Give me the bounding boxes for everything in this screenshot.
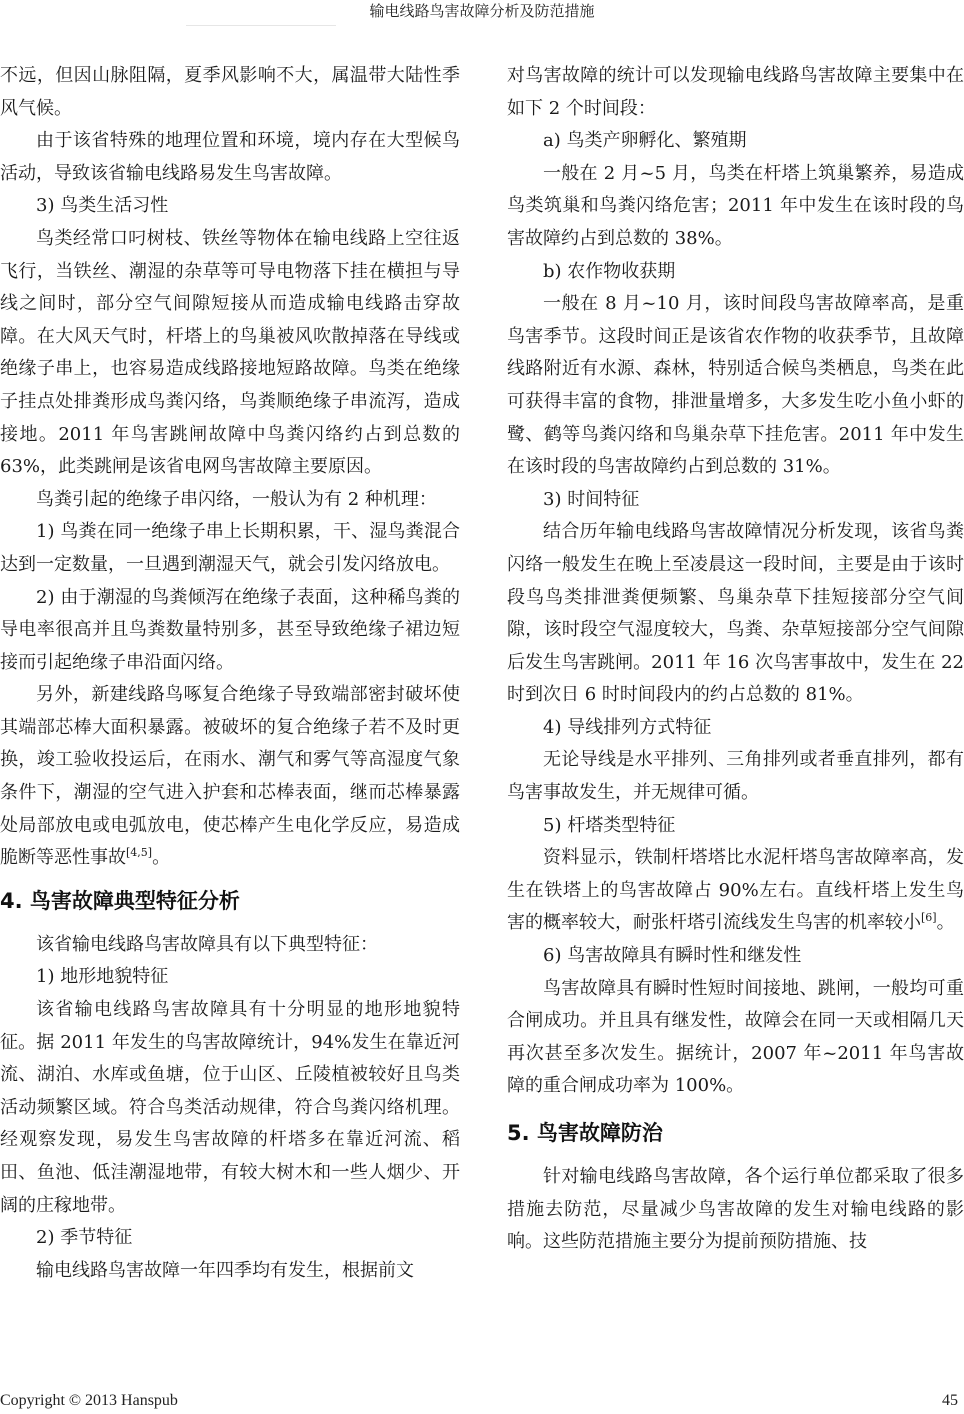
subsection-heading: 2) 季节特征 <box>0 1222 460 1255</box>
section-heading-4: 4. 鸟害故障典型特征分析 <box>0 887 460 915</box>
header-divider <box>186 25 336 26</box>
paragraph: 一般在 2 月~5 月，鸟类在杆塔上筑巢繁养，易造成鸟类筑巢和鸟粪闪络危害；20… <box>507 158 964 256</box>
running-title: 输电线路鸟害故障分析及防范措施 <box>369 2 594 20</box>
list-item: 1) 鸟粪在同一绝缘子串上长期积累，干、湿鸟粪混合达到一定数量，一旦遇到潮湿天气… <box>0 516 460 581</box>
paragraph-with-citation: 资料显示，铁制杆塔塔比水泥杆塔鸟害故障率高，发生在铁塔上的鸟害故障占 90%左右… <box>507 842 964 940</box>
subsection-heading: 6) 鸟害故障具有瞬时性和继发性 <box>507 940 964 973</box>
section-heading-5: 5. 鸟害故障防治 <box>507 1119 964 1147</box>
paragraph: 鸟害故障具有瞬时性短时间接地、跳闸，一般均可重合闸成功。并且具有继发性，故障会在… <box>507 973 964 1103</box>
paragraph-text: 另外，新建线路鸟啄复合绝缘子导致端部密封破坏使其端部芯棒大面积暴露。被破坏的复合… <box>0 684 460 868</box>
paragraph: 结合历年输电线路鸟害故障情况分析发现，该省鸟粪闪络一般发生在晚上至凌晨这一段时间… <box>507 516 964 712</box>
list-item: 2) 由于潮湿的鸟粪倾泻在绝缘子表面，这种稀鸟粪的导电率很高并且鸟粪数量特别多，… <box>0 582 460 680</box>
paragraph-text: 资料显示，铁制杆塔塔比水泥杆塔鸟害故障率高，发生在铁塔上的鸟害故障占 90%左右… <box>507 847 964 933</box>
subsection-heading: 5) 杆塔类型特征 <box>507 810 964 843</box>
subsection-heading: 4) 导线排列方式特征 <box>507 712 964 745</box>
paragraph: 鸟粪引起的绝缘子串闪络，一般认为有 2 种机理： <box>0 484 460 517</box>
paragraph: 鸟类经常口叼树枝、铁丝等物体在输电线路上空往返飞行，当铁丝、潮湿的杂草等可导电物… <box>0 223 460 484</box>
subsection-heading: 3) 鸟类生活习性 <box>0 190 460 223</box>
citation-link[interactable]: [6] <box>921 911 937 924</box>
paragraph-tail: 。 <box>152 847 170 868</box>
paragraph-tail: 。 <box>937 912 955 933</box>
paragraph: 不远，但因山脉阻隔，夏季风影响不大，属温带大陆性季风气候。 <box>0 60 460 125</box>
paragraph: 对鸟害故障的统计可以发现输电线路鸟害故障主要集中在如下 2 个时间段： <box>507 60 964 125</box>
citation-link[interactable]: [4,5] <box>126 846 152 859</box>
subsection-heading: b) 农作物收获期 <box>507 256 964 289</box>
right-column: 对鸟害故障的统计可以发现输电线路鸟害故障主要集中在如下 2 个时间段： a) 鸟… <box>507 60 964 1259</box>
left-column: 不远，但因山脉阻隔，夏季风影响不大，属温带大陆性季风气候。 由于该省特殊的地理位… <box>0 60 460 1287</box>
subsection-heading: a) 鸟类产卵孵化、繁殖期 <box>507 125 964 158</box>
paragraph: 该省输电线路鸟害故障具有十分明显的地形地貌特征。据 2011 年发生的鸟害故障统… <box>0 994 460 1222</box>
paragraph: 无论导线是水平排列、三角排列或者垂直排列，都有鸟害事故发生，并无规律可循。 <box>507 744 964 809</box>
paragraph: 针对输电线路鸟害故障，各个运行单位都采取了很多措施去防范，尽量减少鸟害故障的发生… <box>507 1161 964 1259</box>
page-number: 45 <box>942 1392 958 1410</box>
paragraph: 由于该省特殊的地理位置和环境，境内存在大型候鸟活动，导致该省输电线路易发生鸟害故… <box>0 125 460 190</box>
subsection-heading: 1) 地形地貌特征 <box>0 961 460 994</box>
copyright-notice: Copyright © 2013 Hanspub <box>0 1392 178 1410</box>
paragraph: 输电线路鸟害故障一年四季均有发生，根据前文 <box>0 1255 460 1288</box>
running-header: 输电线路鸟害故障分析及防范措施 <box>0 0 964 26</box>
paragraph-with-citation: 另外，新建线路鸟啄复合绝缘子导致端部密封破坏使其端部芯棒大面积暴露。被破坏的复合… <box>0 679 460 875</box>
subsection-heading: 3) 时间特征 <box>507 484 964 517</box>
paragraph: 一般在 8 月~10 月，该时间段鸟害故障率高，是重鸟害季节。这段时间正是该省农… <box>507 288 964 484</box>
paragraph: 该省输电线路鸟害故障具有以下典型特征： <box>0 929 460 962</box>
